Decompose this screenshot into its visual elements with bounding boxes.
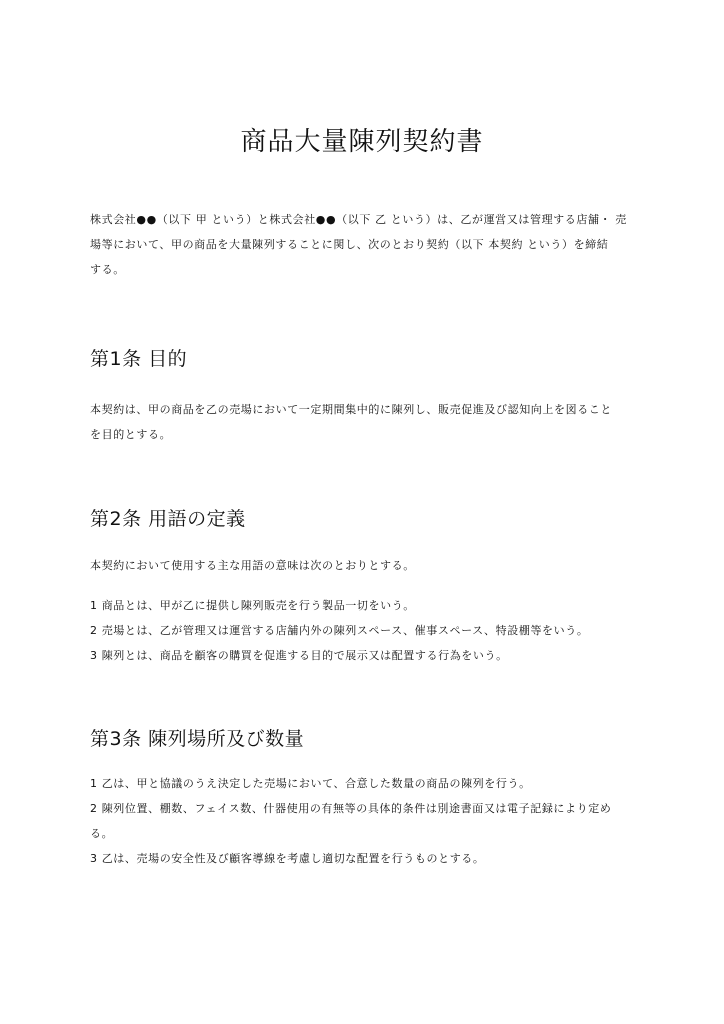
article-3-item: る。 xyxy=(90,821,638,846)
article-2-item: 3 陳列とは、商品を顧客の購買を促進する目的で展示又は配置する行為をいう。 xyxy=(90,643,638,668)
article-3-item: 3 乙は、売場の安全性及び顧客導線を考慮し適切な配置を行うものとする。 xyxy=(90,846,638,871)
document-title: 商品大量陳列契約書 xyxy=(0,124,724,160)
article-1-heading: 第1条 目的 xyxy=(90,345,187,373)
preamble-line: 場等において、甲の商品を大量陳列することに関し、次のとおり契約（以下 本契約 と… xyxy=(90,232,638,257)
article-2-intro: 本契約において使用する主な用語の意味は次のとおりとする。 xyxy=(90,553,638,578)
preamble-paragraph: 株式会社●●（以下 甲 という）と株式会社●●（以下 乙 という）は、乙が運営又… xyxy=(90,207,638,282)
document-page: 商品大量陳列契約書 株式会社●●（以下 甲 という）と株式会社●●（以下 乙 と… xyxy=(0,0,724,1024)
preamble-line: する。 xyxy=(90,257,638,282)
article-2-list: 1 商品とは、甲が乙に提供し陳列販売を行う製品一切をいう。 2 売場とは、乙が管… xyxy=(90,593,638,668)
article-3-item: 1 乙は、甲と協議のうえ決定した売場において、合意した数量の商品の陳列を行う。 xyxy=(90,771,638,796)
article-2-heading: 第2条 用語の定義 xyxy=(90,505,246,533)
article-1-line: 本契約は、甲の商品を乙の売場において一定期間集中的に陳列し、販売促進及び認知向上… xyxy=(90,397,638,422)
article-2-item: 2 売場とは、乙が管理又は運営する店舗内外の陳列スペース、催事スペース、特設棚等… xyxy=(90,618,638,643)
article-1-body: 本契約は、甲の商品を乙の売場において一定期間集中的に陳列し、販売促進及び認知向上… xyxy=(90,397,638,447)
article-2-item: 1 商品とは、甲が乙に提供し陳列販売を行う製品一切をいう。 xyxy=(90,593,638,618)
article-1-line: を目的とする。 xyxy=(90,422,638,447)
article-3-heading: 第3条 陳列場所及び数量 xyxy=(90,725,304,753)
article-3-item: 2 陳列位置、棚数、フェイス数、什器使用の有無等の具体的条件は別途書面又は電子記… xyxy=(90,796,638,821)
article-2-intro-line: 本契約において使用する主な用語の意味は次のとおりとする。 xyxy=(90,553,638,578)
article-3-list: 1 乙は、甲と協議のうえ決定した売場において、合意した数量の商品の陳列を行う。 … xyxy=(90,771,638,871)
preamble-line: 株式会社●●（以下 甲 という）と株式会社●●（以下 乙 という）は、乙が運営又… xyxy=(90,207,638,232)
